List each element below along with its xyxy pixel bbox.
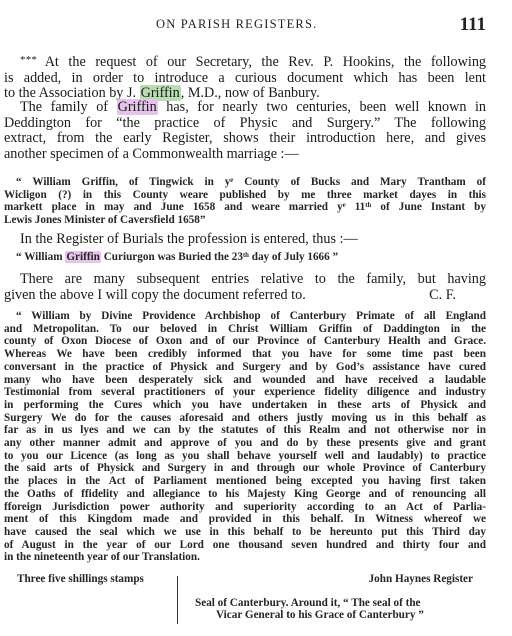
licence-line: Whereas We have been credibly informed t… [4, 348, 486, 361]
family-line-4: another specimen of a Commonwealth marri… [4, 147, 486, 163]
highlight-griffin-pink-burial[interactable]: Griffin [65, 251, 101, 263]
licence-line: “ William by Divine Providence Archbisho… [4, 310, 486, 323]
subsequent-line-1: There are many subsequent entries relati… [4, 272, 486, 288]
intro-line-2: is added, in order to introduce a curiou… [4, 71, 486, 87]
burials-intro: In the Register of Burials the professio… [4, 232, 486, 248]
licence-line: in performing the Cures which you have u… [4, 399, 486, 412]
licence-line: to you our Licence (as long as you shall… [4, 450, 486, 463]
licence-line: ment of this Kingdom made and provided i… [4, 513, 486, 526]
seal-description-line-1: Seal of Canterbury. Around it, “ The sea… [195, 597, 421, 609]
page-header: ON PARISH REGISTERS. 111 [0, 14, 512, 34]
family-line-2: Deddington for “the practice of Physic a… [4, 116, 486, 132]
licence-line: the places in the Act of Parliament ment… [4, 475, 486, 488]
licence-line: fforeign Jurisdiction power authority an… [4, 501, 486, 514]
licence-line: of August in the year of our Lord one th… [4, 539, 486, 552]
author-initials: C. F. [429, 288, 456, 304]
licence-line: Surgery We do for the causes aforesaid a… [4, 412, 486, 425]
seal-description-line-2: Vicar General to his Grace of Canterbury… [216, 609, 424, 621]
subsequent-line-2: given the above I will copy the document… [4, 288, 486, 304]
intro-line-1: * * * At the request of our Secretary, t… [4, 53, 486, 71]
licence-line: Testimonial from several practitioners o… [4, 386, 486, 399]
stamps-note: Three five shillings stamps [17, 573, 144, 585]
licence-line: far as in us lyes and we can by the stat… [4, 424, 486, 437]
licence-line: in the nineteenth year of our Translatio… [4, 551, 486, 564]
licence-line: the Oaths of ffidelity and allegiance to… [4, 488, 486, 501]
asterism-mark: * * * [20, 54, 36, 66]
marriage-line-4: Lewis Jones Minister of Caversfield 1658… [4, 214, 486, 227]
licence-line: any other manner admit and approve of yo… [4, 437, 486, 450]
book-page: ON PARISH REGISTERS. 111 * * * At the re… [0, 0, 512, 636]
highlight-griffin-pink[interactable]: Griffin [117, 99, 158, 115]
licence-line: the said arts of Physick and Surgery in … [4, 462, 486, 475]
registrar-signature: John Haynes Register [369, 573, 473, 585]
licence-line: many who have been desperately sick and … [4, 374, 486, 387]
licence-document: “ William by Divine Providence Archbisho… [4, 310, 486, 564]
signature-divider [177, 576, 178, 624]
marriage-line-2: Wicligon (?) in this County weare publis… [4, 189, 486, 202]
burial-quote: “ William Griffin Curiurgon was Buried t… [4, 251, 486, 264]
family-line-1: The family of Griffin has, for nearly tw… [4, 100, 486, 116]
marriage-quote: “ William Griffin, of Tingwick in yᵉ Cou… [4, 176, 486, 227]
family-line-3: extract, from the early Register, shows … [4, 131, 486, 147]
family-paragraph: The family of Griffin has, for nearly tw… [4, 100, 486, 162]
marriage-line-3: markett place in may and June 1658 and w… [4, 201, 486, 214]
page-number: 111 [460, 14, 486, 36]
marriage-line-1: “ William Griffin, of Tingwick in yᵉ Cou… [4, 176, 486, 189]
licence-line: and Metropolitan. To our beloved in Chri… [4, 323, 486, 336]
licence-line: conversant in the practice of Physick an… [4, 361, 486, 374]
intro-paragraph: * * * At the request of our Secretary, t… [4, 53, 486, 102]
licence-line: county of Oxon Diocese of Oxon and of ou… [4, 335, 486, 348]
subsequent-paragraph: There are many subsequent entries relati… [4, 272, 486, 303]
running-head: ON PARISH REGISTERS. [156, 17, 317, 32]
licence-line: have caused the seal which we use in thi… [4, 526, 486, 539]
